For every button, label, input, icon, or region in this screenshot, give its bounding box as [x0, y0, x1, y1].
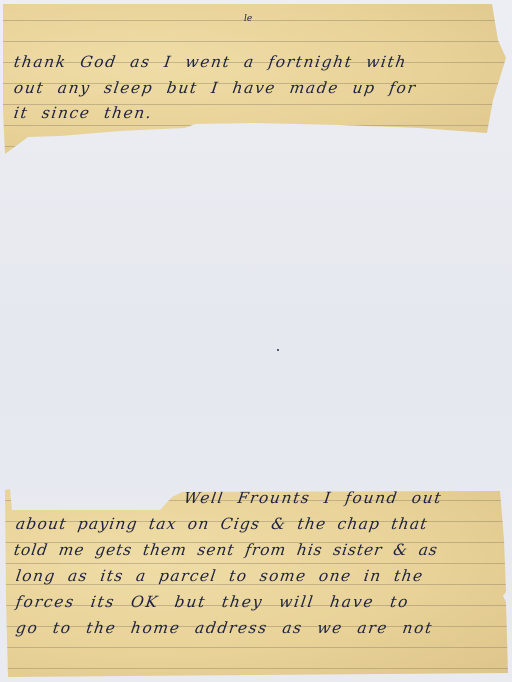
handwriting-line: forces its OK but they will have to — [15, 593, 411, 611]
handwriting-line: told me gets them sent from his sister &… — [13, 541, 439, 559]
handwriting-line: it since then. — [13, 104, 154, 122]
handwriting-line: thank God as I went a fortnight with — [13, 53, 409, 71]
handwriting-line: out any sleep but I have made up for — [13, 79, 418, 97]
handwriting-line: go to the home address as we are not — [15, 619, 435, 637]
correction-superscript: le — [244, 14, 252, 24]
handwriting-line: about paying tax on Cigs & the chap that — [15, 515, 429, 533]
handwriting-line: long as its a parcel to some one in the — [15, 567, 425, 585]
scan-speck — [277, 349, 279, 351]
letter-fragment-bottom: Well Frounts I found out about paying ta… — [0, 480, 512, 682]
